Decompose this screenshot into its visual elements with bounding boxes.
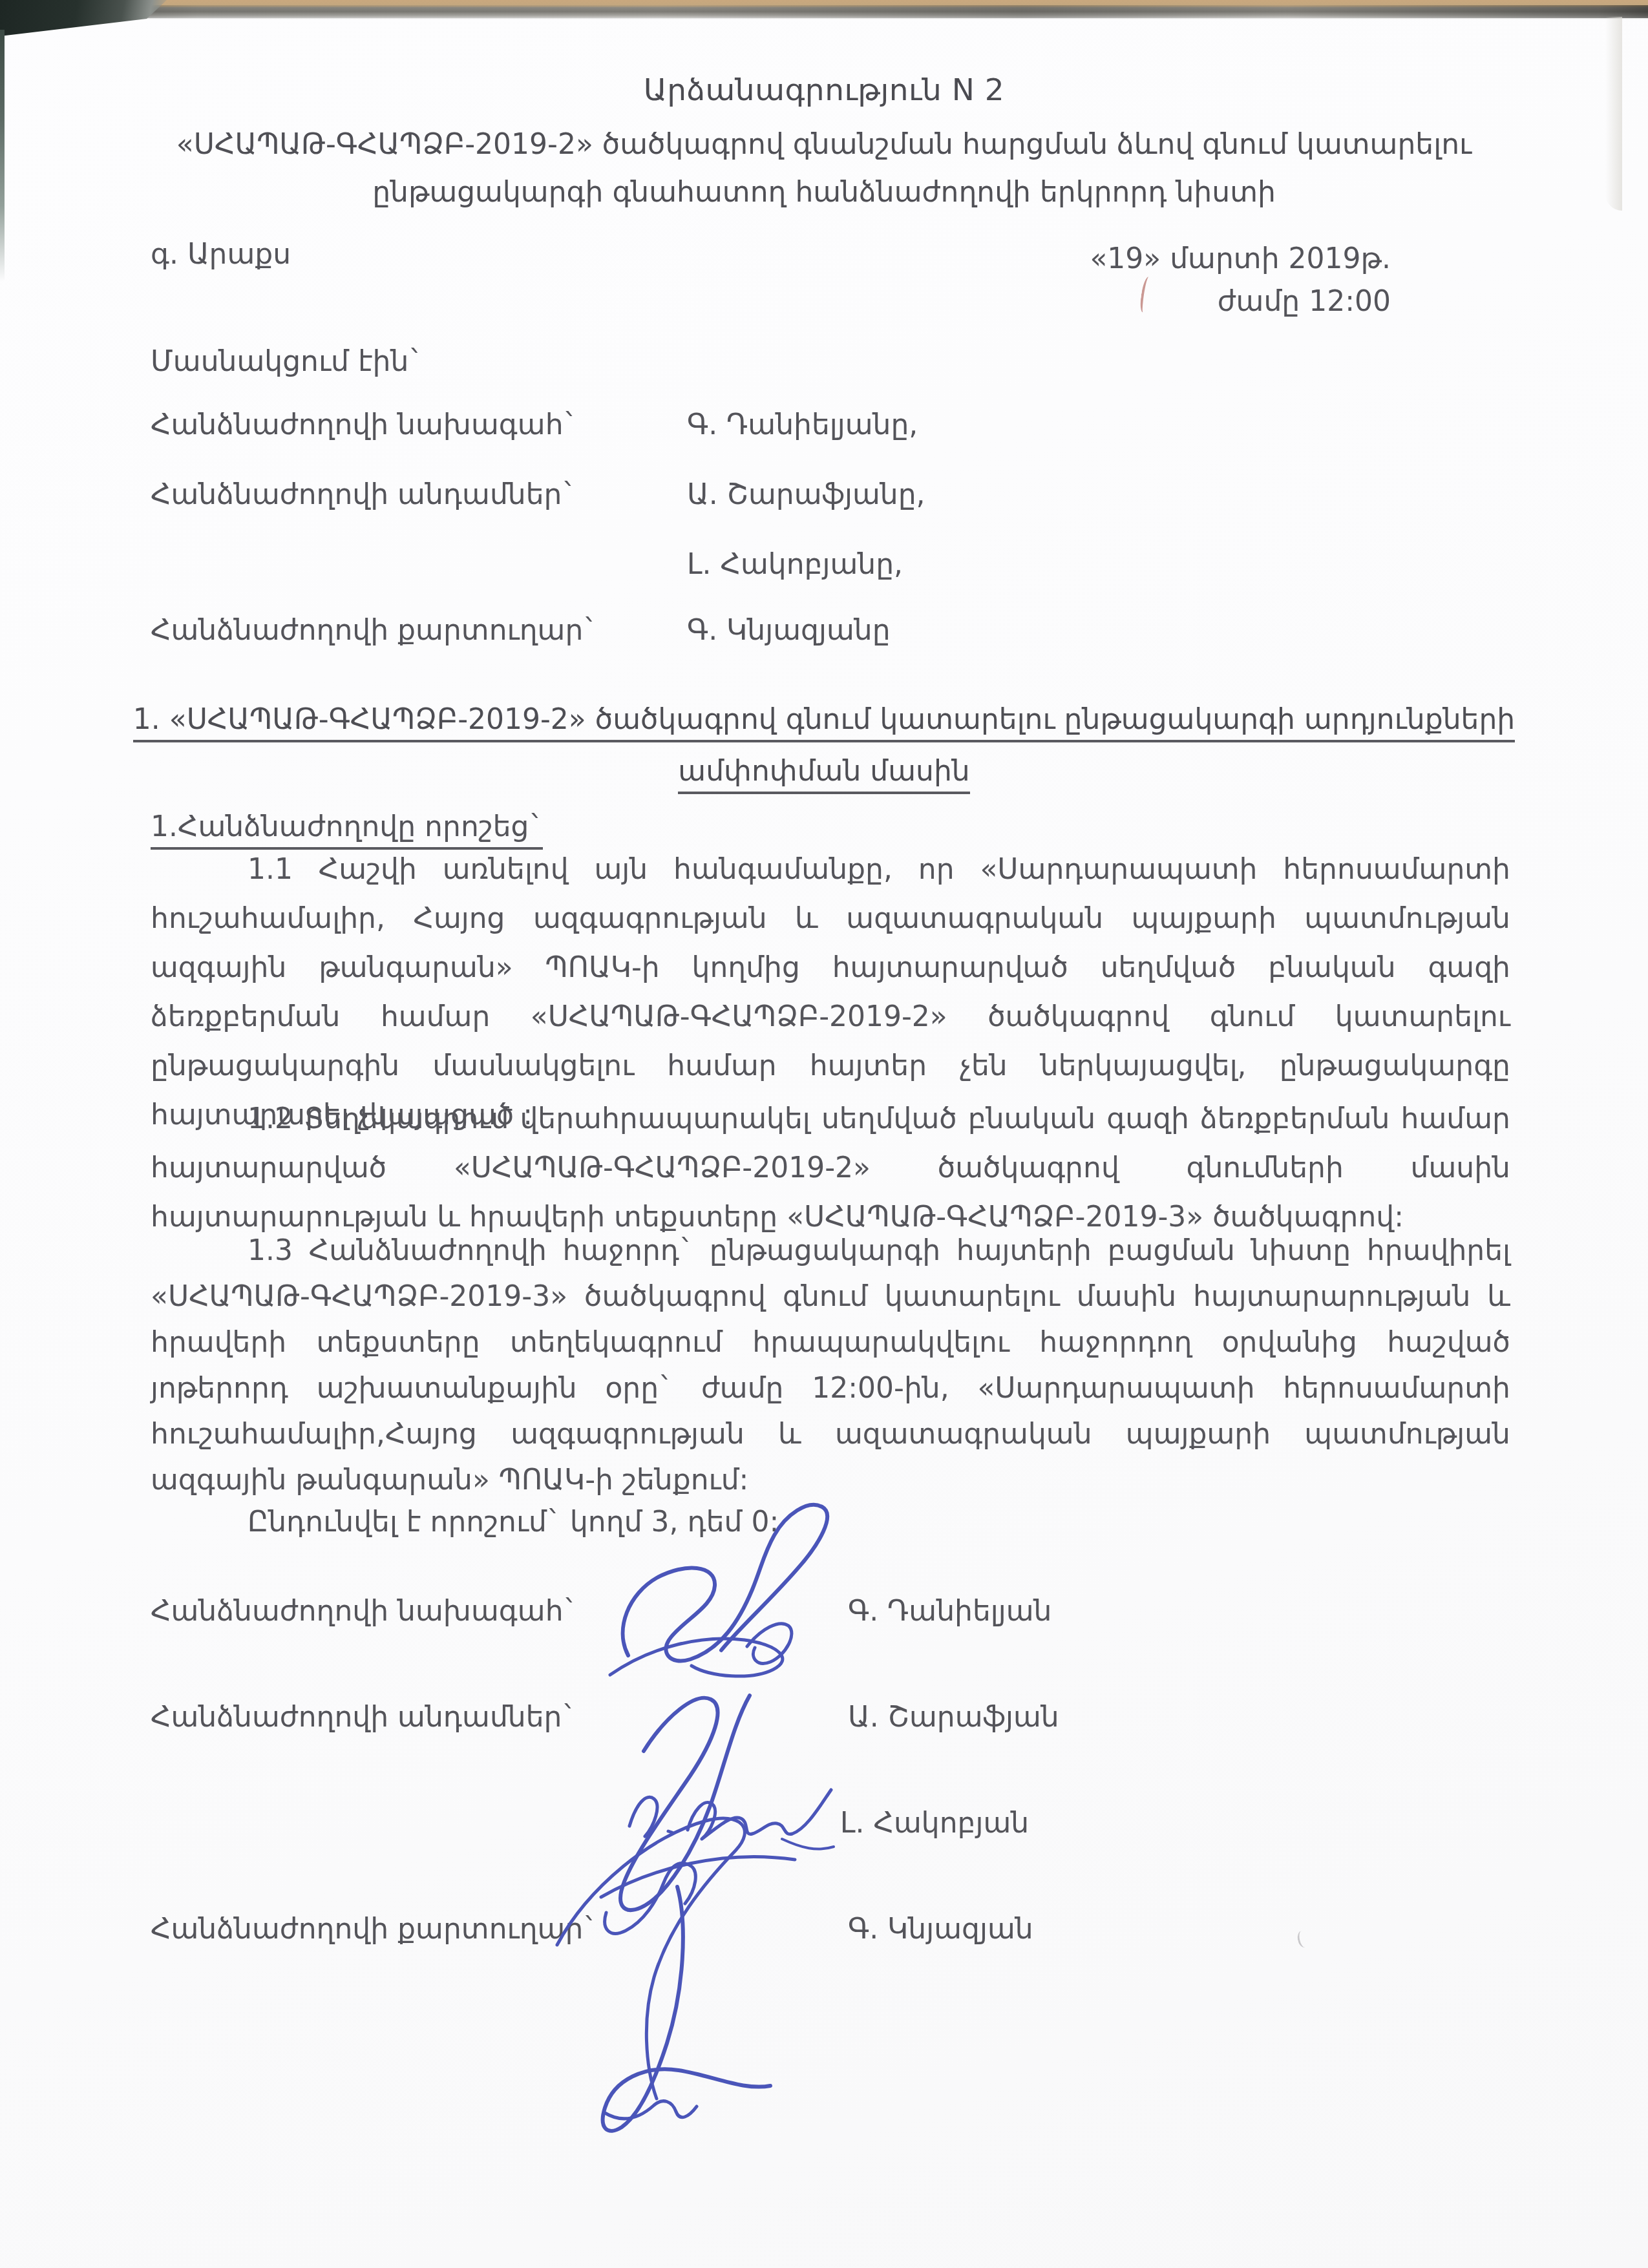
location-text: գ. Արաքս xyxy=(151,238,291,271)
date-text: «19» մարտի 2019թ. xyxy=(1090,238,1391,280)
signature-role-members: Հանձնաժողովի անդամներ` xyxy=(151,1701,576,1734)
signature-secretary-ink xyxy=(543,1809,788,2158)
attendee-name-member-1: Ա. Շարաֆյանը, xyxy=(687,478,925,511)
scan-dark-corner xyxy=(0,0,167,36)
document-page: Արձանագրություն N 2 «ՍՀԱՊԱԹ-ԳՀԱՊՁԲ-2019-… xyxy=(0,0,1648,2268)
signature-name-secretary: Գ. Կնյազյան xyxy=(848,1913,1033,1946)
attendee-role-members: Հանձնաժողովի անդամներ` xyxy=(151,478,576,511)
doc-subtitle-line1: «ՍՀԱՊԱԹ-ԳՀԱՊՁԲ-2019-2» ծածկագրով գնանշմա… xyxy=(0,128,1648,161)
signature-name-member-1: Ա. Շարաֆյան xyxy=(848,1701,1059,1734)
attendee-name-secretary: Գ. Կնյազյանը xyxy=(687,614,891,647)
time-text: ժամը 12:00 xyxy=(1090,280,1391,323)
signature-role-secretary: Հանձնաժողովի քարտուղար` xyxy=(151,1913,597,1946)
signature-name-member-2: Լ. Հակոբյան xyxy=(840,1807,1029,1840)
signature-role-chairman: Հանձնաժողովի նախագահ` xyxy=(151,1595,578,1628)
paragraph-1-2: 1.2 Տեղեկագրում վերահրապարակել սեղմված բ… xyxy=(151,1095,1510,1242)
attendees-intro: Մասնակցում էին` xyxy=(151,345,423,378)
attendee-name-member-2: Լ. Հակոբյանը, xyxy=(687,548,903,581)
gray-speck xyxy=(1296,1930,1310,1949)
section-heading-line2: ամփոփման մասին xyxy=(0,755,1648,794)
section-heading-line1: 1. «ՍՀԱՊԱԹ-ԳՀԱՊՁԲ-2019-2» ծածկագրով գնու… xyxy=(0,703,1648,742)
attendee-role-secretary: Հանձնաժողովի քարտուղար` xyxy=(151,614,597,647)
attendee-name-chairman: Գ. Դանիելյանը, xyxy=(687,408,918,441)
scan-right-edge-strip xyxy=(1614,0,1648,2268)
signature-member-2-ink xyxy=(620,1764,840,1874)
date-time-block: «19» մարտի 2019թ. ժամը 12:00 xyxy=(1090,238,1391,323)
doc-title: Արձանագրություն N 2 xyxy=(0,72,1648,108)
signature-name-chairman: Գ. Դանիելյան xyxy=(848,1595,1051,1628)
attendee-role-chairman: Հանձնաժողովի նախագահ` xyxy=(151,408,578,441)
paragraph-1-3: 1.3 Հանձնաժողովի հաջորդ` ընթացակարգի հայ… xyxy=(151,1228,1510,1503)
decision-intro: 1.Հանձնաժողովը որոշեց` xyxy=(151,810,543,850)
doc-subtitle-line2: ընթացակարգի գնահատող հանձնաժողովի երկրոր… xyxy=(0,176,1648,209)
scan-top-band-streaks xyxy=(0,5,1648,18)
signature-member-1-ink xyxy=(582,1654,814,1964)
vote-result: Ընդունվել է որոշում` կողմ 3, դեմ 0: xyxy=(248,1506,779,1538)
